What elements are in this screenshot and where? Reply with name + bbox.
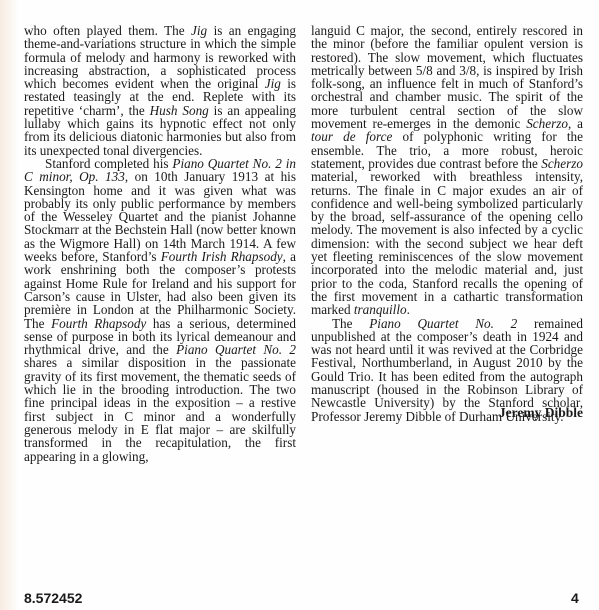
- catalog-number: 8.572452: [24, 590, 82, 606]
- paragraph: Stanford completed his Piano Quartet No.…: [24, 157, 296, 463]
- paragraph: who often played them. The Jig is an eng…: [24, 24, 296, 157]
- page-number: 4: [571, 590, 579, 606]
- page-edge-shadow: [0, 0, 18, 610]
- author-signature: Jeremy Dibble: [311, 405, 583, 421]
- right-column: languid C major, the second, entirely re…: [311, 24, 583, 423]
- text-run: languid C major, the second, entirely re…: [311, 23, 583, 131]
- paragraph: languid C major, the second, entirely re…: [311, 24, 583, 317]
- left-column: who often played them. The Jig is an eng…: [24, 24, 296, 463]
- text-run: material, reworked with breathless inten…: [311, 169, 583, 317]
- text-run: shares a similar disposition in the pass…: [24, 355, 296, 463]
